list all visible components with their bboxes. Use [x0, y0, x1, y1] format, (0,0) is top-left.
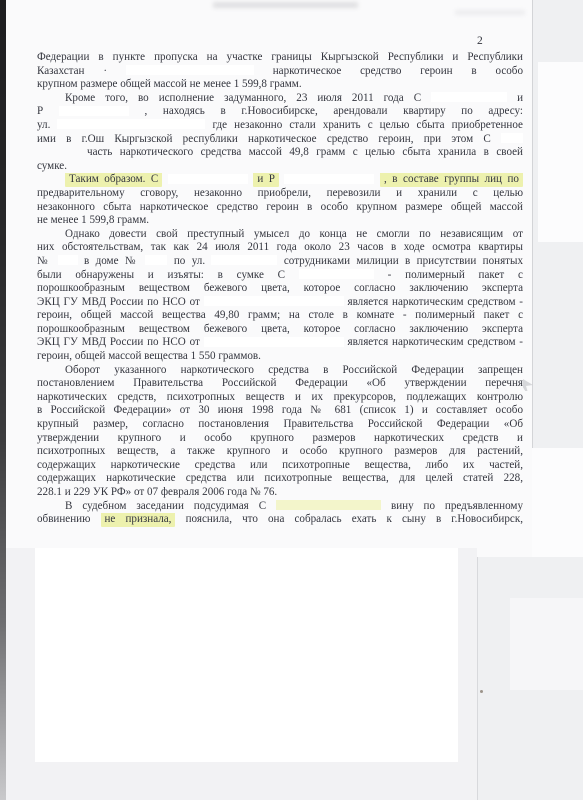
- text-segment: предварительному сговору, незаконно прио…: [37, 187, 523, 199]
- text-segment: пояснила, что она собралась ехать к сыну…: [186, 513, 523, 525]
- text-segment: крупный размер, согласно постановления П…: [37, 418, 523, 430]
- text-segment: них обстоятельствам, так как 24 июля 201…: [37, 241, 523, 253]
- scan-top-right-white-patch: [538, 62, 583, 242]
- text-line: психотропных веществ, а также крупного и…: [37, 445, 523, 459]
- text-segment: ЭКЦ ГУ МВД России по НСО от: [37, 296, 200, 308]
- text-segment: и: [517, 92, 523, 104]
- text-segment: в доме №: [84, 255, 139, 267]
- text-line: Федерации в пункте пропуска на участке г…: [37, 51, 523, 65]
- text-line: Р , находясь в г.Новосибирске, арендовал…: [37, 105, 523, 119]
- text-line: в Российской Федерации» от 30 июня 1998 …: [37, 404, 523, 418]
- text-line: наркотических средств, психотропных веще…: [37, 391, 523, 405]
- text-segment: психотропных веществ, а также крупного и…: [37, 445, 523, 457]
- text-line: часть наркотического средства массой 49,…: [37, 146, 523, 160]
- text-segment: постановлением Правительства Российской …: [37, 377, 523, 389]
- text-line: ул. где незаконно стали хранить с целью …: [37, 119, 523, 133]
- text-segment: - полимерный пакет с: [388, 269, 523, 281]
- text-line: Казахстан · наркотическое средство герои…: [37, 65, 523, 79]
- highlighted-redaction-blank: [276, 500, 381, 510]
- text-line: В судебном заседании подсудимая С вину п…: [37, 500, 523, 514]
- text-line: обвинению не признала, пояснила, что она…: [37, 513, 523, 527]
- text-segment: В судебном заседании подсудимая С: [65, 500, 266, 512]
- text-segment: вину по предъявленному: [391, 500, 523, 512]
- text-line: незаконного сбыта наркотическое средство…: [37, 201, 523, 215]
- page-number: 2: [477, 35, 483, 48]
- scan-bottom-right-light-patch: [510, 598, 583, 690]
- text-line: ЭКЦ ГУ МВД России по НСО от является нар…: [37, 296, 523, 310]
- redaction-blank: [204, 296, 344, 306]
- text-segment: Федерации в пункте пропуска на участке г…: [37, 51, 523, 63]
- redaction-blank: [58, 255, 78, 265]
- redaction-blank: [431, 92, 507, 102]
- text-line: них обстоятельствам, так как 24 июля 201…: [37, 241, 523, 255]
- text-segment: были обнаружены и изъяты: в сумке С: [37, 269, 285, 281]
- redaction-blank: [57, 119, 205, 129]
- scan-dark-left-edge: [0, 0, 6, 800]
- text-line: содержащих наркотические средства или пс…: [37, 459, 523, 473]
- text-segment: порошкообразным веществом бежевого цвета…: [37, 323, 523, 335]
- highlighted-text: и Р: [253, 173, 279, 187]
- text-line: содержащих наркотические средства или пс…: [37, 472, 523, 486]
- text-segment: 228.1 и 229 УК РФ» от 07 февраля 2006 го…: [37, 486, 277, 498]
- text-segment: наркотических средств, психотропных веще…: [37, 391, 523, 403]
- scan-top-smudge-secondary: [455, 10, 525, 15]
- text-segment: по ул.: [174, 255, 205, 267]
- text-line: ими в г.Ош Кыргызской республики наркоти…: [37, 133, 523, 147]
- highlighted-text: , в составе группы лиц по: [380, 173, 523, 187]
- text-segment: сумке.: [37, 160, 67, 172]
- text-segment: ЭКЦ ГУ МВД России по НСО от: [37, 336, 200, 348]
- document-text: Федерации в пункте пропуска на участке г…: [37, 51, 523, 527]
- text-segment: часть наркотического средства массой 49,…: [87, 146, 523, 158]
- text-line: утверждении крупного и особо крупного ра…: [37, 432, 523, 446]
- text-segment: Казахстан ·: [37, 65, 107, 77]
- text-segment: Р: [37, 105, 43, 117]
- scan-bright-center: [35, 548, 458, 762]
- text-line: постановлением Правительства Российской …: [37, 377, 523, 391]
- text-line: героин, общей массой вещества 1 550 грам…: [37, 350, 523, 364]
- text-segment: обвинению: [37, 513, 90, 525]
- text-segment: незаконного сбыта наркотическое средство…: [37, 201, 523, 213]
- text-segment: содержащих наркотические средства или пс…: [37, 472, 523, 484]
- text-segment: порошкообразным веществом бежевого цвета…: [37, 282, 523, 294]
- text-line: № в доме № по ул. сотрудниками милиции в…: [37, 255, 523, 269]
- text-segment: является наркотическим средством -: [347, 336, 523, 348]
- text-line: были обнаружены и изъяты: в сумке С - по…: [37, 269, 523, 283]
- text-line: героин, общей массой вещества 49,80 грам…: [37, 309, 523, 323]
- text-segment: Однако довести свой преступный умысел до…: [65, 228, 523, 240]
- highlighted-text: Таким образом. С: [65, 173, 162, 187]
- scanned-court-document: 2 Федерации в пункте пропуска на участке…: [0, 0, 583, 800]
- redaction-blank: [299, 269, 374, 279]
- text-line: 228.1 и 229 УК РФ» от 07 февраля 2006 го…: [37, 486, 523, 500]
- text-line: крупном размере общей массой не менее 1 …: [37, 78, 523, 92]
- redaction-blank: [284, 174, 374, 184]
- redaction-blank: [126, 65, 254, 75]
- text-line: порошкообразным веществом бежевого цвета…: [37, 282, 523, 296]
- text-segment: героин, общей массой вещества 49,80 грам…: [37, 309, 523, 321]
- text-segment: №: [37, 255, 51, 267]
- highlighted-text: не признала,: [101, 513, 176, 527]
- text-line: Оборот указанного наркотического средств…: [37, 364, 523, 378]
- text-segment: является наркотическим средством -: [347, 296, 523, 308]
- text-line: Однако довести свой преступный умысел до…: [37, 228, 523, 242]
- text-line: порошкообразным веществом бежевого цвета…: [37, 323, 523, 337]
- text-segment: содержащих наркотические средства или пс…: [37, 459, 523, 471]
- text-line: крупный размер, согласно постановления П…: [37, 418, 523, 432]
- scan-top-smudge: [213, 2, 358, 8]
- redaction-blank: [211, 255, 277, 265]
- redaction-blank: [168, 174, 248, 184]
- text-segment: героин, общей массой вещества 1 550 грам…: [37, 350, 261, 362]
- text-segment: наркотическое средство героин в особо: [273, 65, 523, 77]
- text-line: предварительному сговору, незаконно прио…: [37, 187, 523, 201]
- text-segment: Оборот указанного наркотического средств…: [65, 364, 523, 376]
- text-segment: , находясь в г.Новосибирске, арендовали …: [144, 105, 523, 117]
- text-segment: крупном размере общей массой не менее 1 …: [37, 78, 302, 90]
- text-line: не менее 1 599,8 грамм.: [37, 214, 523, 228]
- scan-dust-speck: [480, 690, 483, 693]
- text-line: Таким образом. С и Р , в составе группы …: [37, 173, 523, 187]
- text-segment: где незаконно стали хранить с целью сбыт…: [213, 119, 523, 131]
- text-segment: ул.: [37, 119, 50, 131]
- text-segment: сотрудниками милиции в присутствии понят…: [284, 255, 523, 267]
- text-segment: ими в г.Ош Кыргызской республики наркоти…: [37, 133, 491, 145]
- scan-right-white-patch: [532, 448, 583, 558]
- redaction-blank: [501, 133, 523, 143]
- redaction-blank: [145, 255, 167, 265]
- redaction-blank: [59, 106, 129, 116]
- redaction-blank: [204, 337, 344, 347]
- text-line: ЭКЦ ГУ МВД России по НСО от является нар…: [37, 336, 523, 350]
- text-segment: не менее 1 599,8 грамм.: [37, 214, 149, 226]
- text-segment: в Российской Федерации» от 30 июня 1998 …: [37, 404, 523, 416]
- text-segment: Кроме того, во исполнение задуманного, 2…: [65, 92, 421, 104]
- text-line: сумке.: [37, 160, 523, 174]
- text-segment: утверждении крупного и особо крупного ра…: [37, 432, 523, 444]
- text-line: Кроме того, во исполнение задуманного, 2…: [37, 92, 523, 106]
